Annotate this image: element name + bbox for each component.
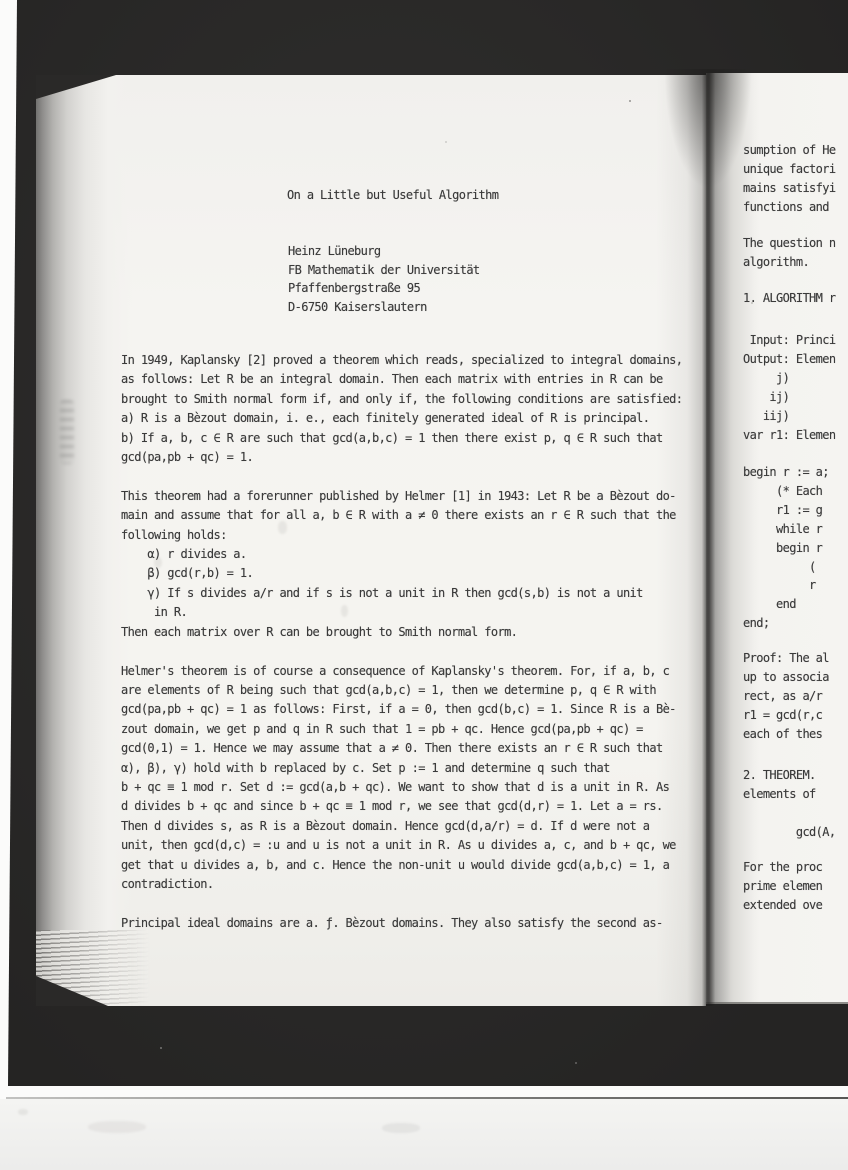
scanner-bed-strip xyxy=(0,1099,848,1170)
bleedthrough-smudge xyxy=(278,521,287,534)
bleedthrough-smudge xyxy=(154,557,162,568)
page-curl-edge xyxy=(36,75,132,1006)
dust-speck xyxy=(160,1047,162,1049)
author-block: Heinz Lüneburg FB Mathematik der Univers… xyxy=(288,242,480,316)
bleedthrough-smudge xyxy=(341,605,348,617)
dust-speck xyxy=(575,1062,577,1064)
left-page: On a Little but Useful Algorithm Heinz L… xyxy=(36,75,706,1006)
bed-smudge xyxy=(18,1109,28,1115)
dust-speck xyxy=(629,100,631,102)
body-text: In 1949, Kaplansky [2] proved a theorem … xyxy=(121,351,696,933)
page-title: On a Little but Useful Algorithm xyxy=(287,186,498,205)
page-edge-artifact xyxy=(60,400,74,464)
book-gutter-shadow xyxy=(656,73,760,1006)
bed-smudge xyxy=(88,1121,146,1133)
bed-smudge xyxy=(382,1123,420,1133)
dust-speck xyxy=(445,141,447,143)
